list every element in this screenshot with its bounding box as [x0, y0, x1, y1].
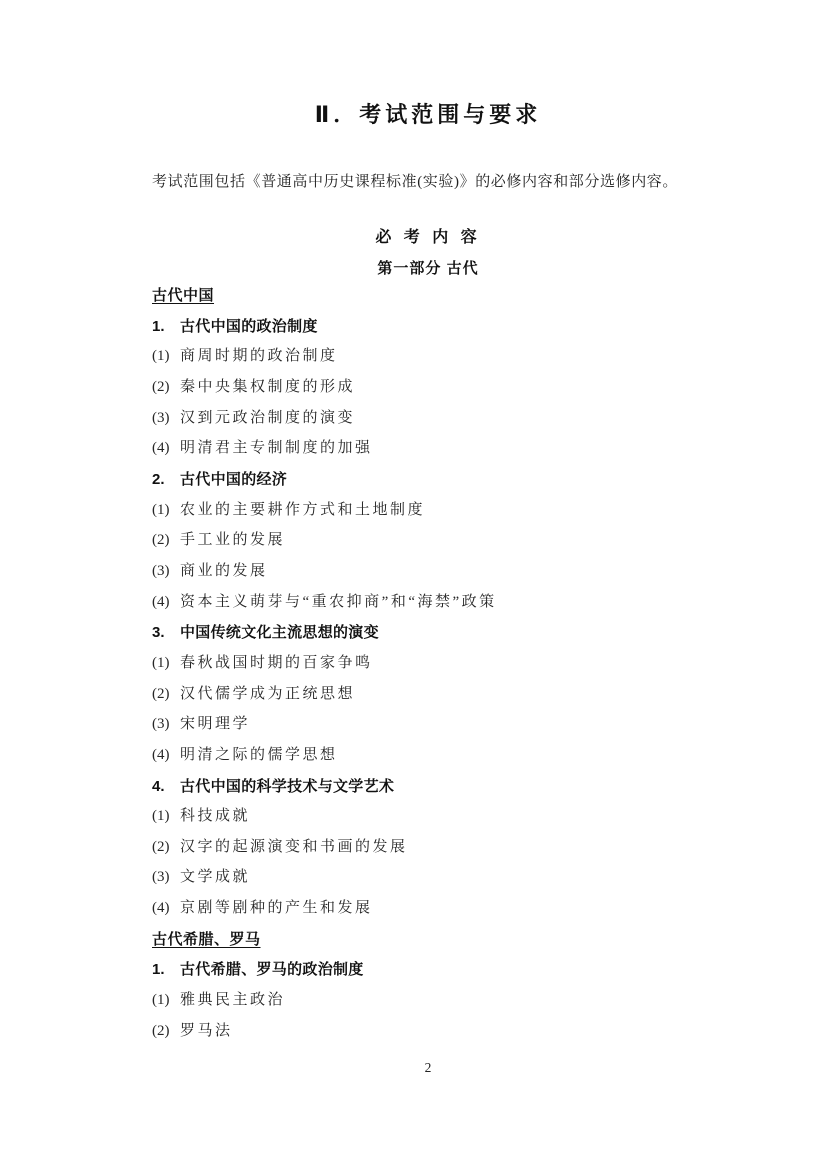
outline-item: (4)明清君主专制制度的加强: [152, 440, 704, 471]
item-number: (3): [152, 869, 180, 886]
outline-item: (3)文学成就: [152, 869, 704, 900]
item-number: (4): [152, 440, 180, 457]
item-text: 汉到元政治制度的演变: [180, 410, 355, 426]
item-text: 明清君主专制制度的加强: [180, 440, 373, 456]
outline-heading: 3.中国传统文化主流思想的演变: [152, 624, 704, 655]
item-number: (3): [152, 716, 180, 733]
outline-item: (2)手工业的发展: [152, 532, 704, 563]
item-text: 商周时期的政治制度: [180, 348, 338, 364]
topic-text: 古代希腊、罗马: [152, 931, 261, 948]
item-number: (2): [152, 532, 180, 549]
outline-topic-ancient-greece-rome: 古代希腊、罗马: [152, 931, 704, 962]
item-text: 汉字的起源演变和书画的发展: [180, 839, 408, 855]
outline-item: (1)春秋战国时期的百家争鸣: [152, 655, 704, 686]
item-number: (4): [152, 747, 180, 764]
item-number: (2): [152, 686, 180, 703]
item-number: (4): [152, 900, 180, 917]
heading-number: 3.: [152, 624, 180, 641]
outline-item: (4)资本主义萌芽与“重农抑商”和“海禁”政策: [152, 594, 704, 625]
outline-item: (3)汉到元政治制度的演变: [152, 410, 704, 441]
outline-item: (4)明清之际的儒学思想: [152, 747, 704, 778]
outline-item: (2)罗马法: [152, 1023, 704, 1054]
item-text: 明清之际的儒学思想: [180, 747, 338, 763]
item-number: (1): [152, 808, 180, 825]
outline-item: (3)宋明理学: [152, 716, 704, 747]
outline-item: (1)商周时期的政治制度: [152, 348, 704, 379]
heading-text: 古代中国的经济: [180, 471, 287, 488]
item-number: (1): [152, 655, 180, 672]
outline-item: (1)雅典民主政治: [152, 992, 704, 1023]
item-text: 科技成就: [180, 808, 250, 824]
heading-text: 古代中国的科学技术与文学艺术: [180, 778, 394, 795]
item-text: 雅典民主政治: [180, 992, 285, 1008]
item-number: (3): [152, 563, 180, 580]
item-number: (2): [152, 839, 180, 856]
outline-list: 古代中国 1.古代中国的政治制度 (1)商周时期的政治制度 (2)秦中央集权制度…: [152, 287, 704, 1053]
outline-heading: 1.古代中国的政治制度: [152, 318, 704, 349]
item-text: 农业的主要耕作方式和土地制度: [180, 502, 425, 518]
outline-item: (2)汉字的起源演变和书画的发展: [152, 839, 704, 870]
item-number: (3): [152, 410, 180, 427]
heading-text: 古代中国的政治制度: [180, 318, 318, 335]
outline-topic-ancient-china: 古代中国: [152, 287, 704, 318]
item-text: 文学成就: [180, 869, 250, 885]
item-text: 手工业的发展: [180, 532, 285, 548]
item-number: (1): [152, 348, 180, 365]
item-text: 春秋战国时期的百家争鸣: [180, 655, 373, 671]
document-page: Ⅱ．考试范围与要求 考试范围包括《普通高中历史课程标准(实验)》的必修内容和部分…: [0, 0, 826, 1169]
heading-text: 古代希腊、罗马的政治制度: [180, 961, 364, 978]
outline-item: (1)科技成就: [152, 808, 704, 839]
item-text: 资本主义萌芽与“重农抑商”和“海禁”政策: [180, 594, 497, 610]
item-text: 汉代儒学成为正统思想: [180, 686, 355, 702]
item-text: 宋明理学: [180, 716, 250, 732]
outline-item: (2)秦中央集权制度的形成: [152, 379, 704, 410]
outline-heading: 4.古代中国的科学技术与文学艺术: [152, 778, 704, 809]
document-content: Ⅱ．考试范围与要求 考试范围包括《普通高中历史课程标准(实验)》的必修内容和部分…: [152, 0, 704, 1169]
item-text: 罗马法: [180, 1023, 233, 1039]
item-number: (2): [152, 379, 180, 396]
page-number: 2: [152, 1060, 704, 1076]
item-text: 商业的发展: [180, 563, 268, 579]
heading-number: 1.: [152, 961, 180, 978]
item-number: (1): [152, 502, 180, 519]
item-number: (4): [152, 594, 180, 611]
item-number: (1): [152, 992, 180, 1009]
required-content-heading: 必 考 内 容: [152, 229, 704, 247]
outline-item: (1)农业的主要耕作方式和土地制度: [152, 502, 704, 533]
page-title: Ⅱ．考试范围与要求: [152, 101, 704, 128]
heading-number: 2.: [152, 471, 180, 488]
outline-heading: 2.古代中国的经济: [152, 471, 704, 502]
outline-item: (4)京剧等剧种的产生和发展: [152, 900, 704, 931]
topic-text: 古代中国: [152, 287, 214, 304]
part-one-heading: 第一部分 古代: [152, 260, 704, 277]
heading-number: 1.: [152, 318, 180, 335]
heading-text: 中国传统文化主流思想的演变: [180, 624, 379, 641]
item-number: (2): [152, 1023, 180, 1040]
intro-paragraph: 考试范围包括《普通高中历史课程标准(实验)》的必修内容和部分选修内容。: [152, 173, 704, 192]
heading-number: 4.: [152, 778, 180, 795]
outline-item: (2)汉代儒学成为正统思想: [152, 686, 704, 717]
outline-item: (3)商业的发展: [152, 563, 704, 594]
outline-heading: 1.古代希腊、罗马的政治制度: [152, 961, 704, 992]
item-text: 京剧等剧种的产生和发展: [180, 900, 373, 916]
item-text: 秦中央集权制度的形成: [180, 379, 355, 395]
